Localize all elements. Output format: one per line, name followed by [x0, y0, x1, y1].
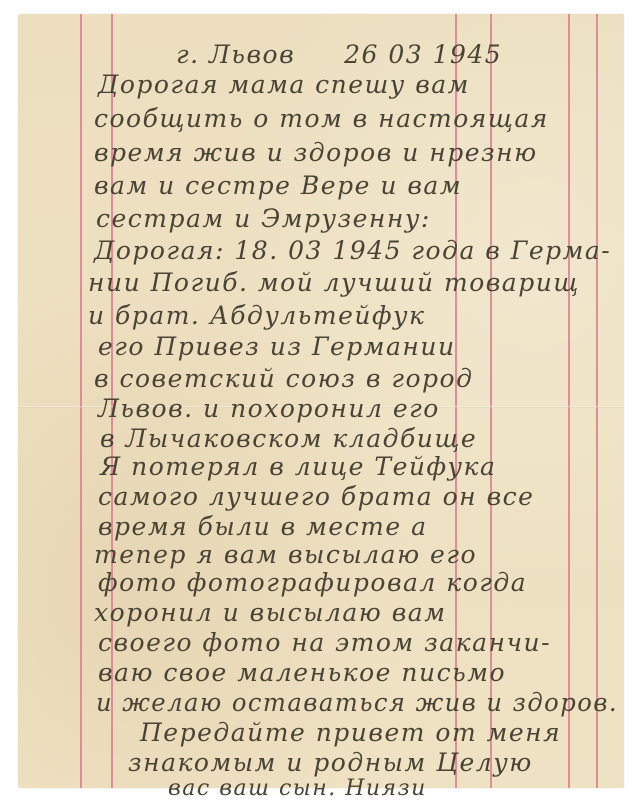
letter-line: и желаю оставаться жив и здоров.	[96, 688, 618, 718]
letter-line: время жив и здоров и нрезню	[94, 138, 538, 168]
letter-line: хоронил и высылаю вам	[94, 598, 446, 628]
letter-line: вам и сестре Вере и вам	[94, 171, 462, 201]
header-date: 26 03 1945	[344, 40, 502, 69]
letter-line: ваю свое маленькое письмо	[98, 658, 506, 688]
letter-line: самого лучшего брата он все	[98, 482, 534, 512]
letter-line: своего фото на этом заканчи-	[98, 628, 551, 658]
letter-line: фото фотографировал когда	[98, 568, 527, 598]
letter-line: и брат. Абдультейфук	[88, 301, 425, 331]
letter-line: в советский союз в город	[94, 364, 473, 394]
letter-line: в Лычаковском кладбище	[100, 424, 477, 454]
letter-line: нии Погиб. мой лучший товарищ	[88, 268, 580, 298]
letter-line: его Привез из Германии	[98, 332, 456, 362]
letter-line: время были в месте а	[98, 512, 428, 542]
letter-line: Передайте привет от меня	[140, 718, 561, 748]
letter-line: сообщить о том в настоящая	[94, 104, 549, 134]
letter-signature: вас ваш сын. Ниязи	[168, 774, 427, 800]
letter-body: г. Львов 26 03 1945 Дорогая мама спешу в…	[18, 14, 624, 788]
header-place: г. Львов	[176, 40, 295, 69]
letter-line: Я потерял в лице Тейфука	[100, 452, 496, 482]
letter-paper: г. Львов 26 03 1945 Дорогая мама спешу в…	[18, 14, 624, 788]
letter-line: сестрам и Эмрузенну:	[96, 204, 431, 234]
letter-header: г. Львов 26 03 1945	[176, 40, 502, 70]
letter-line: тепер я вам высылаю его	[94, 540, 477, 570]
letter-line: Львов. и похоронил его	[98, 394, 440, 424]
letter-line: Дорогая: 18. 03 1945 года в Герма-	[94, 236, 611, 266]
letter-line: Дорогая мама спешу вам	[98, 70, 470, 100]
